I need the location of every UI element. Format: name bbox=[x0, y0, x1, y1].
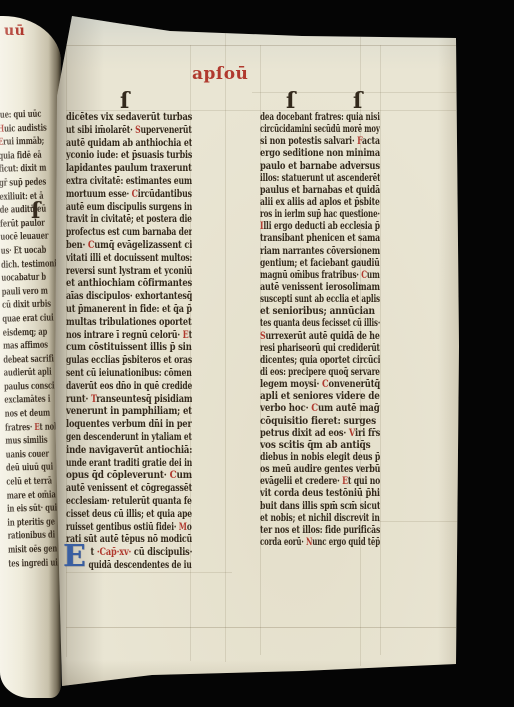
text-column-right: dea docebant fratres: quia nisicircūcida… bbox=[260, 112, 380, 551]
ruling-line bbox=[380, 45, 381, 655]
column-hook-mark: ſ bbox=[120, 92, 129, 110]
text-line: de auditū eū bbox=[0, 203, 40, 218]
text-line: in eis sūt· qui bbox=[7, 502, 48, 517]
text-line: vos scitis q̄m ab antiq̄s bbox=[260, 440, 368, 452]
text-line: venerunt in pamphiliam; et bbox=[66, 406, 173, 419]
text-line: unde erant traditi gratie dei in bbox=[66, 458, 162, 471]
ruling-line bbox=[66, 45, 456, 46]
text-line: Surrexerūt autē quidā de he bbox=[260, 331, 354, 343]
ruling-line bbox=[225, 24, 226, 662]
text-line: apl̄i et seniores videre de bbox=[260, 391, 366, 403]
text-line: Huic audistis bbox=[0, 121, 38, 136]
drop-cap-initial: E bbox=[63, 543, 93, 571]
text-line: Erui immāb; bbox=[0, 135, 39, 150]
text-line: dich. testimoniū bbox=[1, 257, 42, 272]
text-line: lapidantes paulum traxerunt bbox=[66, 163, 168, 176]
text-line: aīas discipulos· exhortantesq̄ bbox=[66, 291, 167, 304]
text-line: loquentes verbum dn̄i in per bbox=[66, 419, 169, 432]
text-line: ut sibi im̄olarēt· Supervenerūt bbox=[66, 125, 163, 138]
text-line: exclamātes i bbox=[4, 393, 45, 408]
text-line: gentium; et faciebant gaudiū bbox=[260, 258, 351, 270]
text-line: paulus consci bbox=[4, 380, 45, 395]
text-line: mare et om̄ia bbox=[7, 488, 48, 503]
text-line: illos: statuerunt ut ascenderēt bbox=[260, 173, 348, 185]
text-line: ut p̄manerent in fide: et q̄a p̄ bbox=[66, 304, 168, 317]
text-line: et anthiochiam cōfirmantes bbox=[66, 278, 172, 291]
folio-number: 173 bbox=[424, 27, 443, 37]
text-line: paulo et barnabe adversus bbox=[260, 161, 361, 173]
text-line: in pteritis ge bbox=[7, 515, 48, 530]
text-line: multas tribulationes oportet bbox=[66, 317, 169, 330]
text-line: cū dixit urbis bbox=[2, 298, 43, 313]
text-line: eisdemq; ap bbox=[3, 325, 44, 340]
text-column-left: dicētes vix sedaverūt turbasut sibi im̄o… bbox=[66, 112, 192, 575]
text-line: alii ex aliis ad apl̄os et p̄sbite bbox=[260, 197, 352, 209]
text-line: et nobis; et nichil discrevit in bbox=[260, 513, 351, 525]
text-line: vit corda deus testōniū p̄hi bbox=[260, 488, 359, 500]
text-line: os meū audire gentes verbū bbox=[260, 464, 356, 476]
text-line: si non potestis salvari· Facta bbox=[260, 136, 353, 148]
text-line: ros in ierl̄m sup̄ hac questione· bbox=[260, 209, 346, 221]
text-line: quae erat ciui bbox=[2, 312, 43, 327]
text-line: nos intrare ī regnū celorū· Et bbox=[66, 330, 166, 343]
text-line: ferūt paulor bbox=[0, 216, 41, 231]
text-line: us· Et uocab bbox=[1, 244, 42, 259]
text-line: buit dans illis spm̄ scm̄ sicut bbox=[260, 501, 353, 513]
text-line: lue: qui uūc bbox=[0, 108, 38, 123]
text-line: mas affimos bbox=[3, 339, 44, 354]
text-line: uocabatur b bbox=[1, 271, 42, 286]
text-line: cum cōstituissent illis p̄ sin bbox=[66, 342, 173, 355]
text-line: uocē leuauer bbox=[0, 230, 41, 245]
text-line: dicentes; quia oportet circūci bbox=[260, 355, 351, 367]
recto-page: apſoū 173 ſ ſ ſ dicētes vix sedaverūt tu… bbox=[52, 6, 462, 688]
text-line: magnū om̄ibus fratribus· Cum bbox=[260, 270, 348, 282]
text-line: Illi ergo deducti ab ecclesia p̄ bbox=[260, 221, 350, 233]
text-line: ficut: dixit m bbox=[0, 162, 39, 177]
text-line: tes ingredi ui bbox=[8, 556, 49, 571]
text-line: legem moysi· Convenerūtq̄ bbox=[260, 379, 360, 391]
text-line: autē quidam ab anthiochia et bbox=[66, 138, 166, 151]
text-line: di eos: precipere quoq̄ servare bbox=[260, 367, 348, 379]
text-line: ecclesiam· retulerūt quanta fe bbox=[66, 496, 163, 509]
text-line: suscepti sunt ab ecclia et apl̄is bbox=[260, 294, 347, 306]
running-header: apſoū bbox=[192, 64, 282, 84]
text-line: resi phariseorū qui crediderūt bbox=[260, 343, 348, 355]
text-line: inde navigaverūt antiochiā: bbox=[66, 445, 173, 458]
text-line: audierūt apli bbox=[4, 366, 45, 381]
text-line: verbo hoc· Cum autē maḡ bbox=[260, 403, 364, 415]
text-line: cōquisitio fieret: surges bbox=[260, 416, 368, 428]
text-line: profectus est cum barnaba der bbox=[66, 227, 162, 240]
text-line: et senioribus; annūcian bbox=[260, 306, 368, 318]
ruling-line bbox=[66, 627, 456, 628]
text-line: misit oēs gen bbox=[8, 543, 49, 558]
text-line: fratres· Et nob bbox=[5, 420, 46, 435]
manuscript-photo: uū ſ lue: qui uūcHuic audistisErui immāb… bbox=[0, 0, 514, 707]
text-line: travit in civitatē; et postera die bbox=[66, 214, 161, 227]
text-line: ben· Cumq̄ evāgelizassent ci bbox=[66, 240, 170, 253]
text-line: vitati illi et docuissent multos: bbox=[66, 253, 162, 266]
verso-text-column: lue: qui uūcHuic audistisErui immāb;quia… bbox=[0, 107, 61, 582]
text-line: rationibus di bbox=[8, 529, 49, 544]
text-line: cisset deus cū illis; et quia ape bbox=[66, 509, 162, 522]
text-line: pauli vero m bbox=[2, 284, 43, 299]
text-line: nos et deum bbox=[5, 407, 46, 422]
text-line: extra civitatē: estimantes eum bbox=[66, 176, 163, 189]
text-line: ergo seditione non minima bbox=[260, 148, 359, 160]
text-line: gen descenderunt in ytaliam et bbox=[66, 432, 160, 445]
text-line: mus similis bbox=[5, 434, 46, 449]
text-line: celū et terrā bbox=[6, 475, 47, 490]
text-line: autē venissent ierosolimam bbox=[260, 282, 357, 294]
text-line: daverūt eos dn̄o in quē credide bbox=[66, 381, 161, 394]
text-line: diebus in nobis elegit deus p̄ bbox=[260, 452, 353, 464]
text-line: ruisset gentibus ostiū fidei· Mo bbox=[66, 522, 159, 535]
text-line: paulus et barnabas et quidā bbox=[260, 185, 355, 197]
text-line: gulas ecclias p̄sbiteros et oras bbox=[66, 355, 163, 368]
text-line: ter nos et illos: fide purificās bbox=[260, 525, 352, 537]
text-line: reversi sunt lystram et yconiū bbox=[66, 266, 165, 279]
column-hook-mark: ſ bbox=[353, 92, 362, 110]
text-line: exiliuit: et ā bbox=[0, 189, 40, 204]
column-hook-mark: ſ bbox=[286, 92, 295, 110]
text-line: autē venissent et cōgregassēt bbox=[66, 483, 165, 496]
text-line: autē eum discipulis surgens in bbox=[66, 202, 162, 215]
text-line: evāgelii et credere· Et qui no bbox=[260, 476, 352, 488]
text-line: circūcidamini secūdū morē moy bbox=[260, 124, 343, 136]
text-line: deū uiuū qui bbox=[6, 461, 47, 476]
verso-page-edge: uū ſ lue: qui uūcHuic audistisErui immāb… bbox=[0, 16, 61, 698]
text-line: tes quanta deus fecisset cū illis· bbox=[260, 318, 343, 330]
text-line: transibant phenicen et sama bbox=[260, 233, 353, 245]
text-line: sent cū ieiunationibus: cōmen bbox=[66, 368, 163, 381]
text-line: uanis couer bbox=[6, 448, 47, 463]
text-line: corda eorū· Nunc ergo quid tēp̄ bbox=[260, 537, 345, 549]
text-line: quia fidē eā bbox=[0, 149, 39, 164]
text-line: debeat sacrifi bbox=[3, 352, 44, 367]
text-line: riam narrantes cōversionem bbox=[260, 246, 354, 258]
text-line: gr̄ sup̄ pedes bbox=[0, 176, 40, 191]
text-line: dicētes vix sedaverūt turbas bbox=[66, 112, 171, 125]
verso-running-header-fragment: uū bbox=[4, 23, 25, 39]
text-line: runt· Transeuntesq̄ pisidiam bbox=[66, 394, 170, 407]
text-line: dea docebant fratres: quia nisi bbox=[260, 112, 347, 124]
ruling-line bbox=[378, 521, 458, 522]
text-line: petrus dixit ad eos· Viri fr̄s bbox=[260, 428, 360, 440]
text-line: yconio iude: et p̄suasis turbis bbox=[66, 150, 166, 163]
text-line: opus q̄d cōpleverunt· Cum bbox=[66, 470, 178, 483]
text-line: mortuum esse· Circūdantibus bbox=[66, 189, 165, 202]
